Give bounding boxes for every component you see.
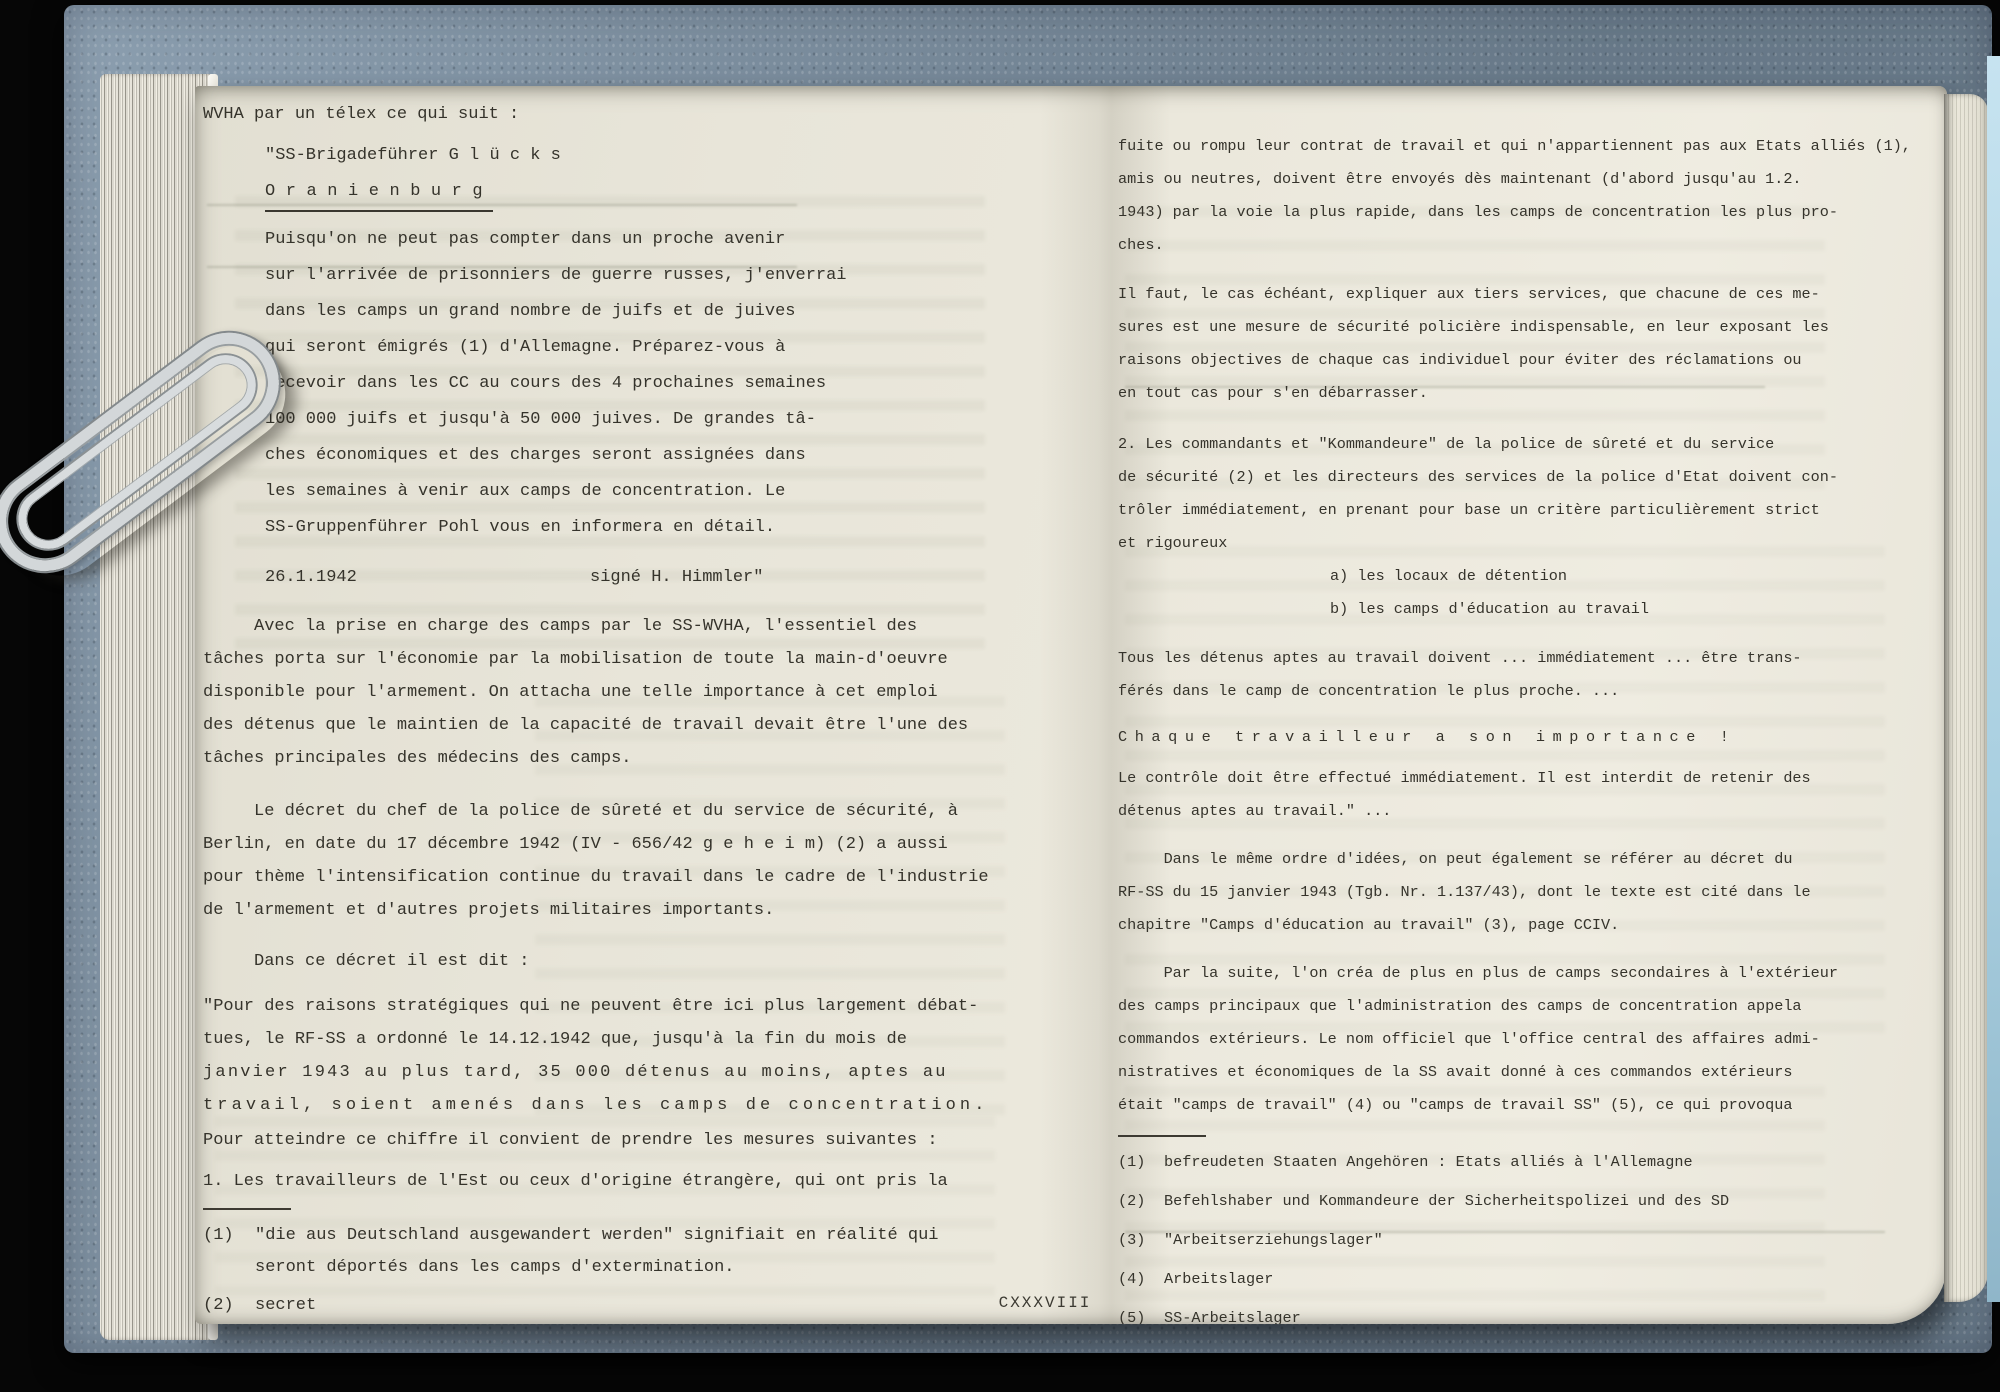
footnote-text: Arbeitslager [1164, 1263, 1930, 1296]
telex-addressee-city: Oranienburg [265, 177, 493, 212]
emphasis-line: Chaque travailleur a son importance ! [1118, 721, 1930, 754]
text-line: Avec la prise en charge des camps par le… [203, 610, 1021, 643]
text-line: Dans le même ordre d'idées, on peut égal… [1118, 843, 1930, 876]
footnote-marker: (1) [203, 1220, 255, 1284]
quote-raisons-strategiques: "Pour des raisons stratégiques qui ne pe… [203, 990, 1021, 1056]
text-line: sures est une mesure de sécurité policiè… [1118, 311, 1930, 344]
text-line: Il faut, le cas échéant, expliquer aux t… [1118, 278, 1930, 311]
text-line: a) les locaux de détention [1330, 560, 1930, 593]
text-line: était "camps de travail" (4) ou "camps d… [1118, 1089, 1930, 1122]
telex-addressee-name: Glücks [449, 146, 571, 165]
photo-backdrop: { "page_number": "CXXXVIII", "left_page"… [0, 0, 2000, 1392]
text-line: Le contrôle doit être effectué immédiate… [1118, 762, 1930, 795]
text-line: fuite ou rompu leur contrat de travail e… [1118, 130, 1930, 163]
text-line: sur l'arrivée de prisonniers de guerre r… [265, 258, 1021, 294]
text-line: qui seront émigrés (1) d'Allemagne. Prép… [265, 330, 1021, 366]
text-line: SS-Gruppenführer Pohl vous en informera … [265, 510, 1021, 546]
line-dans-ce-decret: Dans ce décret il est dit : [203, 945, 1021, 978]
quote-controle: Le contrôle doit être effectué immédiate… [1118, 762, 1930, 828]
text-line: RF-SS du 15 janvier 1943 (Tgb. Nr. 1.137… [1118, 876, 1930, 909]
footnote-2: (2) Befehlshaber und Kommandeure der Sic… [1118, 1185, 1930, 1218]
paragraph-meme-ordre: Dans le même ordre d'idées, on peut égal… [1118, 843, 1930, 942]
footnote-1: (1) befreudeten Staaten Angehören : Etat… [1118, 1146, 1930, 1179]
quote-tous-les-detenus: Tous les détenus aptes au travail doiven… [1118, 642, 1930, 708]
text-line: de l'armement et d'autres projets milita… [203, 894, 1021, 927]
text-line: nistratives et économiques de la SS avai… [1118, 1056, 1930, 1089]
right-page-fore-edge [1944, 94, 1988, 1302]
text-line: recevoir dans les CC au cours des 4 proc… [265, 366, 1021, 402]
footnote-text: "die aus Deutschland ausgewandert werden… [255, 1220, 1021, 1284]
text-line: les semaines à venir aux camps de concen… [265, 474, 1021, 510]
text-line: Puisqu'on ne peut pas compter dans un pr… [265, 222, 1021, 258]
telex-date: 26.1.1942 [265, 568, 357, 587]
list-item-1: 1. Les travailleurs de l'Est ou ceux d'o… [203, 1165, 1021, 1198]
telex-addressee-prefix: "SS-Brigadeführer [265, 146, 449, 165]
text-line: des détenus que le maintien de la capaci… [203, 709, 1021, 742]
footnote-marker: (4) [1118, 1263, 1164, 1296]
text-line: détenus aptes au travail." ... [1118, 795, 1930, 828]
footnote-text: befreudeten Staaten Angehören : Etats al… [1164, 1146, 1930, 1179]
text-line: ches. [1118, 229, 1930, 262]
text-line: et rigoureux [1118, 527, 1930, 560]
quote-spaced-line-2: travail, soient amenés dans les camps de… [203, 1089, 1021, 1122]
text-line: chapitre "Camps d'éducation au travail" … [1118, 909, 1930, 942]
text-line: Tous les détenus aptes au travail doiven… [1118, 642, 1930, 675]
text-line: Le décret du chef de la police de sûreté… [203, 795, 1021, 828]
page-number: CXXXVIII [195, 1294, 1895, 1312]
footnote-4: (4) Arbeitslager [1118, 1263, 1930, 1296]
list-item-2: 2. Les commandants et "Kommandeure" de l… [1118, 428, 1930, 560]
text-line: en tout cas pour s'en débarrasser. [1118, 377, 1930, 410]
text-line: commandos extérieurs. Le nom officiel qu… [1118, 1023, 1930, 1056]
text-line: raisons objectives de chaque cas individ… [1118, 344, 1930, 377]
text-line: Par la suite, l'on créa de plus en plus … [1118, 957, 1930, 990]
paragraph-il-faut: Il faut, le cas échéant, expliquer aux t… [1118, 278, 1930, 410]
telex-signature: signé H. Himmler" [590, 560, 763, 596]
text-line: "die aus Deutschland ausgewandert werden… [255, 1220, 1021, 1252]
text-line: b) les camps d'éducation au travail [1330, 593, 1930, 626]
footnote-marker: (1) [1118, 1146, 1164, 1179]
footnote-rule [1118, 1135, 1206, 1137]
text-line: tâches principales des médecins des camp… [203, 742, 1021, 775]
footnote-marker: (2) [1118, 1185, 1164, 1218]
text-line: tâches porta sur l'économie par la mobil… [203, 643, 1021, 676]
text-line: Berlin, en date du 17 décembre 1942 (IV … [203, 828, 1021, 861]
text-line: 1943) par la voie la plus rapide, dans l… [1118, 196, 1930, 229]
text-line: tues, le RF-SS a ordonné le 14.12.1942 q… [203, 1023, 1021, 1056]
quote-spaced-line-1: janvier 1943 au plus tard, 35 000 détenu… [203, 1056, 1021, 1089]
sub-items: a) les locaux de détentionb) les camps d… [1330, 560, 1930, 626]
footnote-3: (3) "Arbeitserziehungslager" [1118, 1224, 1930, 1257]
text-line: amis ou neutres, doivent être envoyés dè… [1118, 163, 1930, 196]
right-page: fuite ou rompu leur contrat de travail e… [1118, 86, 1930, 1324]
open-book-spread: WVHA par un télex ce qui suit : "SS-Brig… [195, 86, 1947, 1324]
intro-line: WVHA par un télex ce qui suit : [203, 98, 1021, 132]
footnote-rule [203, 1208, 291, 1210]
line-pour-atteindre: Pour atteindre ce chiffre il convient de… [203, 1124, 1021, 1157]
footnote-1: (1) "die aus Deutschland ausgewandert we… [203, 1220, 1021, 1284]
cover-edge-highlight [1987, 56, 2000, 1302]
text-line: de sécurité (2) et les directeurs des se… [1118, 461, 1930, 494]
text-line: "Pour des raisons stratégiques qui ne pe… [203, 990, 1021, 1023]
footnote-marker: (3) [1118, 1224, 1164, 1257]
text-line: disponible pour l'armement. On attacha u… [203, 676, 1021, 709]
telex-body: Puisqu'on ne peut pas compter dans un pr… [265, 222, 1021, 546]
paragraph-decret: Le décret du chef de la police de sûreté… [203, 795, 1021, 927]
text-line: ches économiques et des charges seront a… [265, 438, 1021, 474]
text-line: 2. Les commandants et "Kommandeure" de l… [1118, 428, 1930, 461]
footnote-text: "Arbeitserziehungslager" [1164, 1224, 1930, 1257]
text-line: seront déportés dans les camps d'extermi… [255, 1252, 1021, 1284]
text-line: des camps principaux que l'administratio… [1118, 990, 1930, 1023]
paragraph-prise-en-charge: Avec la prise en charge des camps par le… [203, 610, 1021, 775]
telex-addressee: "SS-Brigadeführer Glücks [265, 138, 1021, 174]
footnote-text: Befehlshaber und Kommandeure der Sicherh… [1164, 1185, 1930, 1218]
text-line: férés dans le camp de concentration le p… [1118, 675, 1930, 708]
telex-date-signature: 26.1.1942 signé H. Himmler" [265, 560, 1021, 596]
text-line: 100 000 juifs et jusqu'à 50 000 juives. … [265, 402, 1021, 438]
text-line: dans les camps un grand nombre de juifs … [265, 294, 1021, 330]
text-line: pour thème l'intensification continue du… [203, 861, 1021, 894]
paragraph-fuite: fuite ou rompu leur contrat de travail e… [1118, 130, 1930, 262]
text-line: trôler immédiatement, en prenant pour ba… [1118, 494, 1930, 527]
left-page: WVHA par un télex ce qui suit : "SS-Brig… [203, 98, 1021, 1324]
paragraph-par-la-suite: Par la suite, l'on créa de plus en plus … [1118, 957, 1930, 1122]
